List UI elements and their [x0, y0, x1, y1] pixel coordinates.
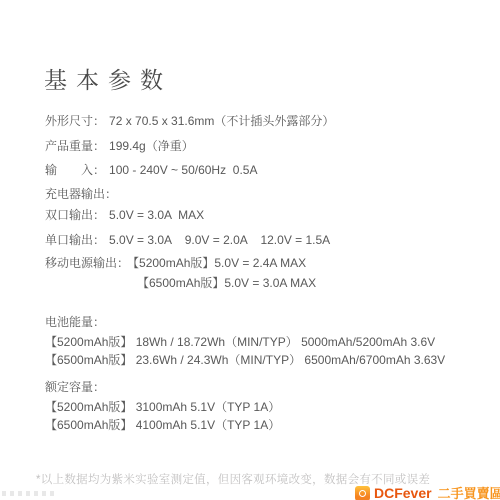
spec-label: 输 入：: [45, 163, 105, 177]
spec-row-rated-capacity-header: 额定容量：: [45, 380, 490, 394]
spec-row-rated-capacity-5200: 【5200mAh版】 3100mAh 5.1V（TYP 1A）: [45, 400, 490, 414]
spec-row-battery-energy-header: 电池能量：: [45, 315, 490, 329]
spec-row-powerbank-output-5200: 移动电源输出：【5200mAh版】5.0V = 2.4A MAX: [45, 256, 490, 270]
spec-row-dimensions: 外形尺寸：72 x 70.5 x 31.6mm（不计插头外露部分）: [45, 114, 490, 128]
spec-row-powerbank-output-6500: 【6500mAh版】5.0V = 3.0A MAX: [45, 276, 490, 290]
spec-row-input: 输 入：100 - 240V ~ 50/60Hz 0.5A: [45, 163, 490, 177]
spec-value: 【5200mAh版】 18Wh / 18.72Wh（MIN/TYP） 5000m…: [45, 335, 435, 349]
spec-label: 双口输出：: [45, 208, 105, 222]
disclaimer-note: *以上数据均为紫米实验室测定值，但因客观环境改变，数据会有不同或误差: [36, 471, 430, 487]
spec-label: 产品重量：: [45, 139, 105, 153]
dcfever-logo-icon: [355, 486, 370, 500]
spec-row-rated-capacity-6500: 【6500mAh版】 4100mAh 5.1V（TYP 1A）: [45, 418, 490, 432]
spec-value: 199.4g（净重）: [109, 139, 194, 153]
spec-value: 5.0V = 3.0A 9.0V = 2.0A 12.0V = 1.5A: [109, 233, 330, 247]
dcfever-brand-text: DCFever: [374, 486, 432, 500]
spec-row-battery-energy-6500: 【6500mAh版】 23.6Wh / 24.3Wh（MIN/TYP） 6500…: [45, 353, 490, 367]
spec-value: 【5200mAh版】5.0V = 2.4A MAX: [133, 256, 306, 270]
spec-row-dual-port-output: 双口输出：5.0V = 3.0A MAX: [45, 208, 490, 222]
spec-value: 【6500mAh版】 23.6Wh / 24.3Wh（MIN/TYP） 6500…: [45, 353, 445, 367]
spec-value: 72 x 70.5 x 31.6mm（不计插头外露部分）: [109, 114, 334, 128]
spec-list: 外形尺寸：72 x 70.5 x 31.6mm（不计插头外露部分） 产品重量：1…: [45, 114, 490, 432]
page-title: 基本参数: [44, 62, 172, 95]
spec-value: 【6500mAh版】5.0V = 3.0A MAX: [137, 276, 316, 290]
spec-value: 5.0V = 3.0A MAX: [109, 208, 204, 222]
spec-value: 【5200mAh版】 3100mAh 5.1V（TYP 1A）: [45, 400, 280, 414]
spec-row-single-port-output: 单口输出：5.0V = 3.0A 9.0V = 2.0A 12.0V = 1.5…: [45, 233, 490, 247]
spec-label: 充电器输出：: [45, 187, 117, 201]
spec-value: 100 - 240V ~ 50/60Hz 0.5A: [109, 163, 257, 177]
spec-row-charger-output-header: 充电器输出：: [45, 187, 490, 201]
dcfever-watermark: DCFever 二手買賣區: [355, 486, 500, 500]
spec-label: 电池能量：: [45, 315, 105, 329]
spec-label: 额定容量：: [45, 380, 105, 394]
spec-value: 【6500mAh版】 4100mAh 5.1V（TYP 1A）: [45, 418, 280, 432]
spec-row-battery-energy-5200: 【5200mAh版】 18Wh / 18.72Wh（MIN/TYP） 5000m…: [45, 335, 490, 349]
spec-label: 移动电源输出：: [45, 256, 129, 270]
spec-label: 单口输出：: [45, 233, 105, 247]
spec-label: 外形尺寸：: [45, 114, 105, 128]
dcfever-suffix-text: 二手買賣區: [438, 486, 500, 500]
cropped-text-artifact: [2, 491, 58, 496]
spec-row-weight: 产品重量：199.4g（净重）: [45, 139, 490, 153]
